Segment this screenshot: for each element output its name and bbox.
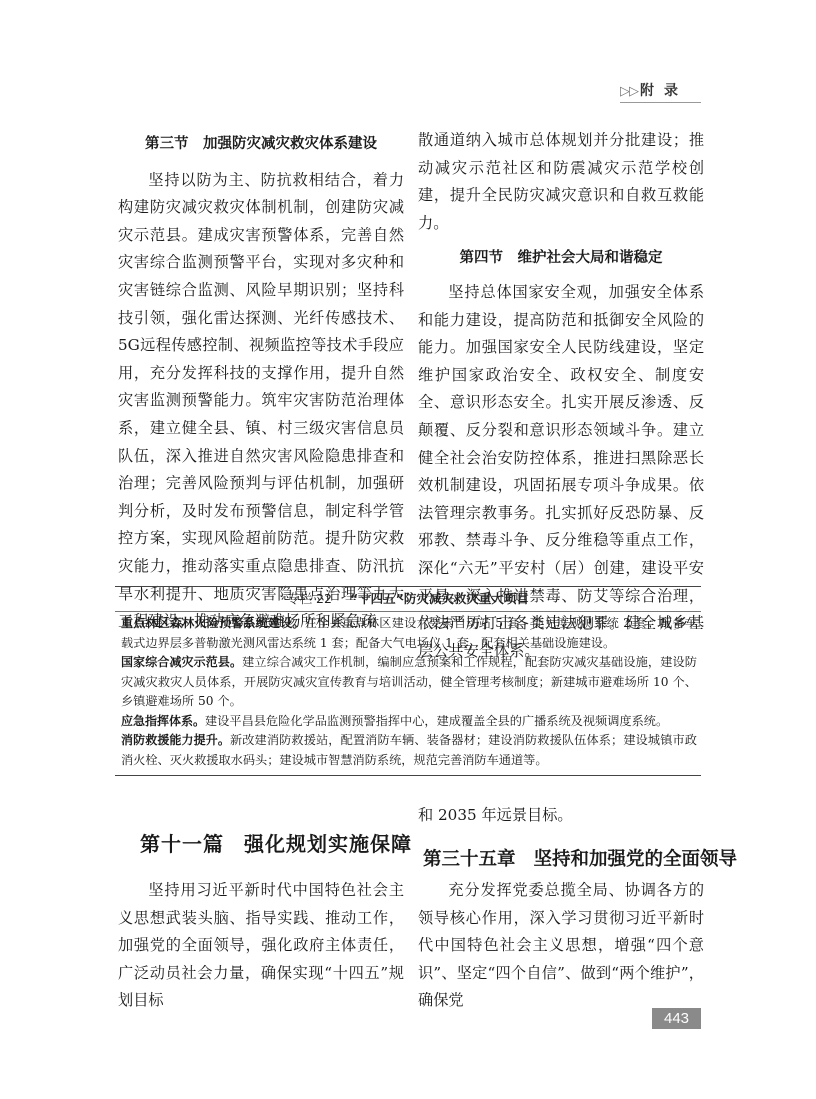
part-number: 第十一篇 <box>140 832 224 856</box>
chapter-paragraph: 充分发挥党委总揽全局、协调各方的领导核心作用，深入学习贯彻习近平新时代中国特色社… <box>418 877 704 1015</box>
section-3-paragraph: 坚持以防为主、防抗救相结合，着力构建防灾减灾救灾体制机制，创建防灾减灾示范县。建… <box>118 167 404 636</box>
feature-box-heading: “十四五”防灾减灾救灾重大项目 <box>350 591 529 606</box>
feature-item-heading: 国家综合减灾示范县。 <box>121 655 242 669</box>
feature-box: 专栏 22“十四五”防灾减灾救灾重大项目 重点林区森林火险预警系统建设。在全县重… <box>115 586 701 776</box>
triangle-icons: ▷▷ <box>620 84 638 99</box>
right-bottom-continuation: 和 2035 年远景目标。 <box>418 802 704 830</box>
right-column-top: 散通道纳入城市总体规划并分批建设；推动减灾示范社区和防震减灾示范学校创建，提升全… <box>418 127 704 665</box>
chapter-name: 坚持和加强党的全面领导 <box>534 849 738 870</box>
running-header: ▷▷附录 <box>620 80 701 103</box>
section-3-continuation: 散通道纳入城市总体规划并分批建设；推动减灾示范社区和防震减灾示范学校创建，提升全… <box>418 127 704 237</box>
feature-item-heading: 重点林区森林火险预警系统建设。 <box>121 616 305 630</box>
chapter-number: 第三十五章 <box>423 849 516 870</box>
header-label: 附录 <box>640 83 688 99</box>
feature-item: 国家综合减灾示范县。建立综合减灾工作机制，编制应急预案和工作规程，配套防灾减灾基… <box>121 653 697 712</box>
chapter-intro: 充分发挥党委总揽全局、协调各方的领导核心作用，深入学习贯彻习近平新时代中国特色社… <box>418 877 704 1015</box>
page-number: 443 <box>652 1008 701 1029</box>
chapter-title: 第三十五章坚持和加强党的全面领导 <box>423 845 737 871</box>
part-intro: 坚持用习近平新时代中国特色社会主义思想武装头脑、指导实践、推动工作，加强党的全面… <box>118 877 404 1015</box>
part-title: 第十一篇强化规划实施保障 <box>140 828 412 857</box>
section-title-4: 第四节 维护社会大局和谐稳定 <box>418 245 704 273</box>
feature-item-heading: 消防救援能力提升。 <box>121 733 230 747</box>
feature-box-items: 重点林区森林火险预警系统建设。在全县重点林区建设六要素自动站 5 套、能见度观测… <box>115 612 701 770</box>
feature-box-number: 专栏 22 <box>287 591 332 606</box>
section-title-3: 第三节 加强防灾减灾救灾体系建设 <box>118 131 404 159</box>
part-paragraph: 坚持用习近平新时代中国特色社会主义思想武装头脑、指导实践、推动工作，加强党的全面… <box>118 877 404 1015</box>
left-column-top: 第三节 加强防灾减灾救灾体系建设 坚持以防为主、防抗救相结合，着力构建防灾减灾救… <box>118 131 404 636</box>
part-continuation: 和 2035 年远景目标。 <box>418 802 704 830</box>
feature-item: 应急指挥体系。建设平昌县危险化学品监测预警指挥中心，建成覆盖全县的广播系统及视频… <box>121 712 697 732</box>
feature-item: 重点林区森林火险预警系统建设。在全县重点林区建设六要素自动站 5 套、能见度观测… <box>121 614 697 653</box>
feature-item-text: 建设平昌县危险化学品监测预警指挥中心，建成覆盖全县的广播系统及视频调度系统。 <box>205 714 668 728</box>
feature-item: 消防救援能力提升。新改建消防救援站，配置消防车辆、装备器材；建设消防救援队伍体系… <box>121 731 697 770</box>
feature-item-heading: 应急指挥体系。 <box>121 714 205 728</box>
part-name: 强化规划实施保障 <box>244 832 412 856</box>
feature-box-title: 专栏 22“十四五”防灾减灾救灾重大项目 <box>115 587 701 612</box>
